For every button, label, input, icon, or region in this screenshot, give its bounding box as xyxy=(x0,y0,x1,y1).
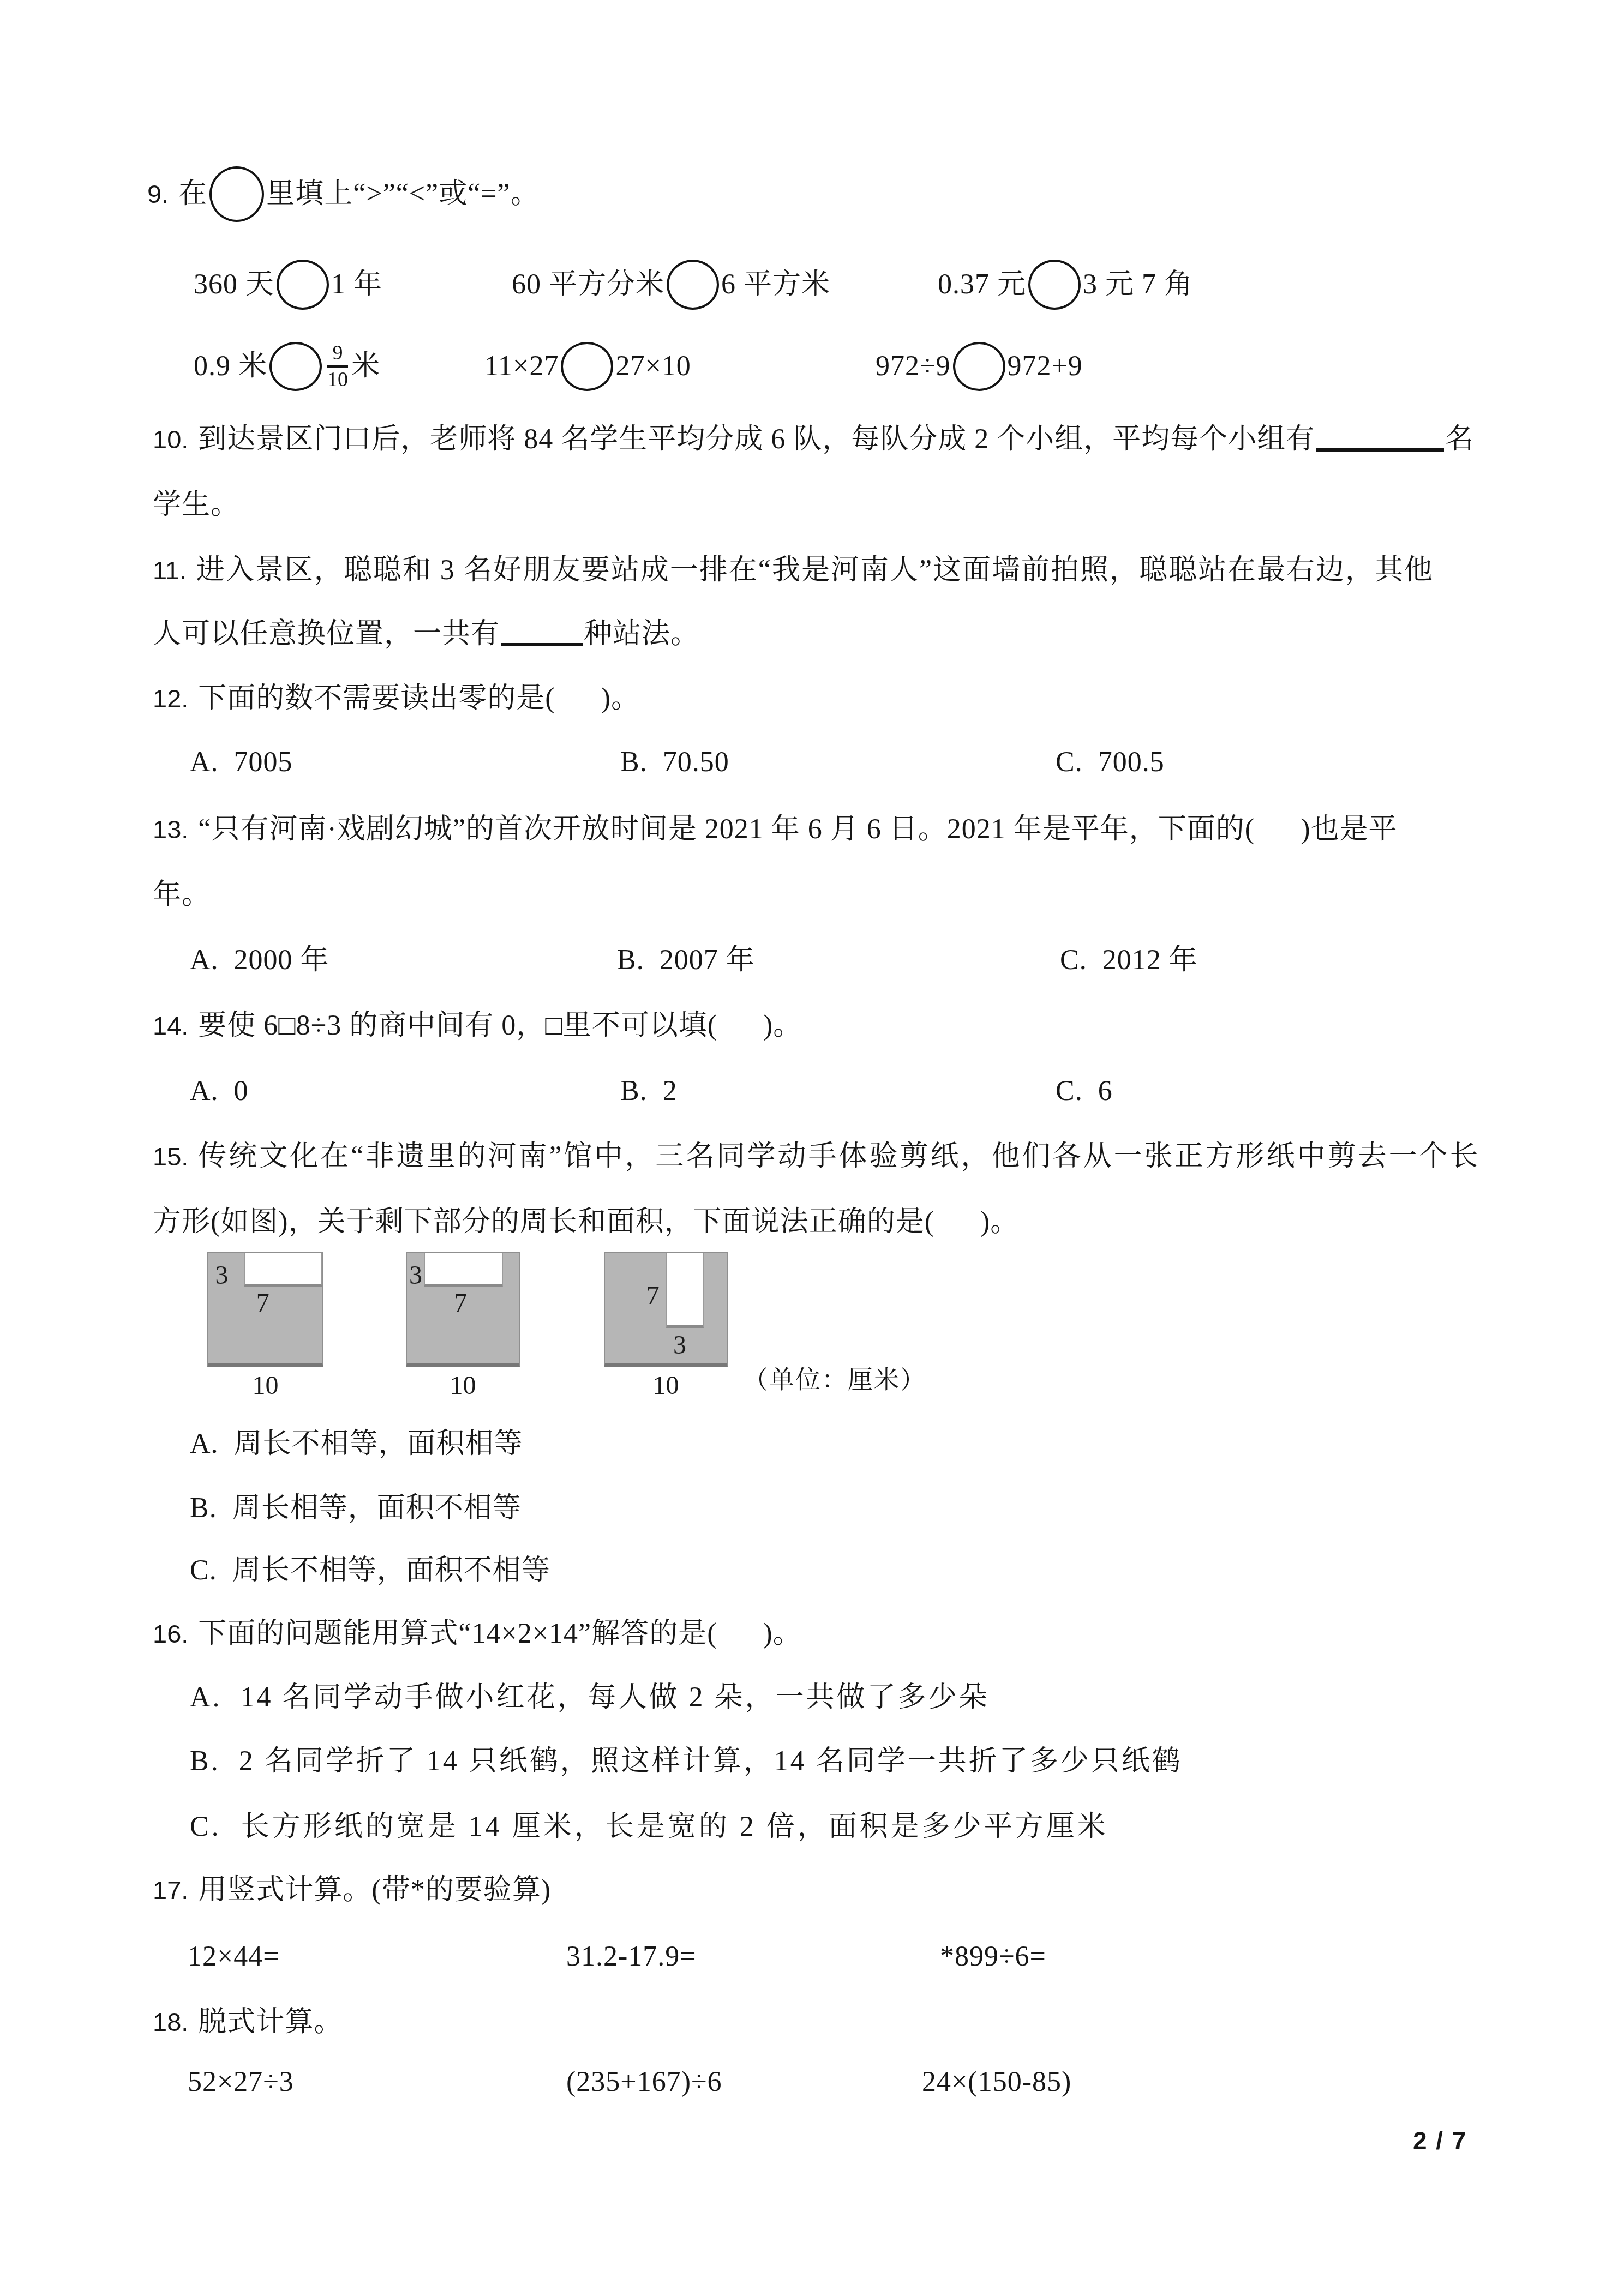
q15-option-c: C. 周长不相等，面积不相等 xyxy=(190,1555,550,1586)
answer-blank xyxy=(1316,442,1444,452)
comparison-circle xyxy=(269,342,322,391)
q12-option-a: A. 7005 xyxy=(190,747,293,778)
q9-item-area-text: 60 平方分米 xyxy=(512,269,664,300)
q9-item-days-year-text: 360 天 xyxy=(194,269,274,300)
q14-option-a: A. 0 xyxy=(190,1076,249,1107)
q18-expression-2: (235+167)÷6 xyxy=(566,2067,722,2097)
q9-item-divide-add: 972÷9972+9 xyxy=(876,342,1083,391)
q9-item-days-year-text: 1 年 xyxy=(331,269,382,300)
q12-stem: 12.下面的数不需要读出零的是( )。 xyxy=(153,683,640,714)
q18-expression-3-text: 24×(150-85) xyxy=(922,2067,1071,2097)
answer-blank xyxy=(501,636,583,646)
q18-expression-1: 52×27÷3 xyxy=(188,2067,294,2097)
q16-option-a-text: A. 14 名同学动手做小红花，每人做 2 朵，一共做了多少朵 xyxy=(190,1682,990,1713)
q12-option-a-text: A. 7005 xyxy=(190,747,293,778)
comparison-circle xyxy=(1028,260,1081,310)
q11-stem-line2-text: 种站法。 xyxy=(584,619,699,650)
q15-option-b-text: B. 周长相等，面积不相等 xyxy=(190,1493,522,1524)
q14-option-c-text: C. 6 xyxy=(1056,1076,1113,1107)
q15-figure-2-cutout xyxy=(424,1253,504,1287)
q12-stem-text: 下面的数不需要读出零的是( )。 xyxy=(198,683,640,714)
exam-document-page: （单位：厘米） 2 / 7 9.在里填上“>”“<”或“=”。360 天1 年6… xyxy=(0,0,1624,2296)
q15-stem-line1-number: 15. xyxy=(153,1143,188,1171)
q15-stem-line2-text: 方形(如图)，关于剩下部分的周长和面积，下面说法正确的是( )。 xyxy=(153,1207,1019,1237)
q18-expression-3: 24×(150-85) xyxy=(922,2067,1071,2097)
q13-stem-line1: 13.“只有河南·戏剧幻城”的首次开放时间是 2021 年 6 月 6 日。20… xyxy=(153,814,1397,845)
q15-option-a: A. 周长不相等，面积相等 xyxy=(190,1429,523,1459)
q9-item-money-text: 0.37 元 xyxy=(938,269,1026,300)
q17-stem-number: 17. xyxy=(153,1877,188,1904)
q16-option-b: B. 2 名同学折了 14 只纸鹤，照这样计算，14 名同学一共折了多少只纸鹤 xyxy=(190,1746,1183,1777)
q15-figure-1-side-length-label: 10 xyxy=(207,1373,323,1399)
q9-item-money-text: 3 元 7 角 xyxy=(1083,269,1193,300)
q15-figure-2-dimension-label: 3 xyxy=(409,1263,422,1289)
q15-figure-3-dimension-label: 3 xyxy=(673,1332,686,1359)
q9-item-money: 0.37 元3 元 7 角 xyxy=(938,260,1193,310)
q14-stem: 14.要使 6□8÷3 的商中间有 0，□里不可以填( )。 xyxy=(153,1011,802,1041)
q13-stem-line1-number: 13. xyxy=(153,816,188,844)
q11-stem-line1-text: 进入景区，聪聪和 3 名好朋友要站成一排在“我是河南人”这面墙前拍照，聪聪站在最… xyxy=(196,555,1434,586)
q9-item-divide-add-text: 972+9 xyxy=(1008,351,1083,382)
q14-option-a-text: A. 0 xyxy=(190,1076,249,1107)
page-number: 2 / 7 xyxy=(1413,2126,1467,2155)
q16-stem-text: 下面的问题能用算式“14×2×14”解答的是( )。 xyxy=(198,1619,801,1649)
q10-stem-line2: 学生。 xyxy=(153,490,239,520)
q15-option-c-text: C. 周长不相等，面积不相等 xyxy=(190,1555,550,1586)
q12-option-c: C. 700.5 xyxy=(1056,747,1165,778)
q15-figure-2-side-length-label: 10 xyxy=(406,1373,520,1399)
fraction-bar xyxy=(327,365,348,368)
q12-option-b-text: B. 70.50 xyxy=(620,747,729,778)
q16-option-c: C. 长方形纸的宽是 14 厘米，长是宽的 2 倍，面积是多少平方厘米 xyxy=(190,1812,1108,1842)
q9-item-days-year: 360 天1 年 xyxy=(194,260,382,310)
q13-option-a-text: A. 2000 年 xyxy=(190,945,329,976)
q15-figure-3-side-length-label: 10 xyxy=(604,1373,728,1399)
q17-expression-3: *899÷6= xyxy=(940,1942,1046,1972)
q9-stem: 9.在里填上“>”“<”或“=”。 xyxy=(147,166,540,222)
q15-stem-line2: 方形(如图)，关于剩下部分的周长和面积，下面说法正确的是( )。 xyxy=(153,1207,1019,1237)
q11-stem-line2-text: 人可以任意换位置，一共有 xyxy=(153,619,500,650)
q13-option-c-text: C. 2012 年 xyxy=(1060,945,1198,976)
q15-stem-line1-text: 传统文化在“非遗里的河南”馆中，三名同学动手体验剪纸，他们各从一张正方形纸中剪去… xyxy=(198,1141,1480,1172)
q13-option-b: B. 2007 年 xyxy=(617,945,755,976)
q14-stem-text: 要使 6□8÷3 的商中间有 0，□里不可以填( )。 xyxy=(198,1011,802,1041)
fraction: 910 xyxy=(327,342,348,390)
q15-figure-2-dimension-label: 7 xyxy=(454,1290,467,1317)
q9-item-meter-fraction-text: 米 xyxy=(351,351,380,382)
q15-figure-1-cutout xyxy=(244,1253,322,1287)
fraction-numerator: 9 xyxy=(333,342,343,364)
q14-stem-number: 14. xyxy=(153,1012,188,1040)
q11-stem-line2: 人可以任意换位置，一共有种站法。 xyxy=(153,619,699,650)
q18-expression-2-text: (235+167)÷6 xyxy=(566,2067,722,2097)
q18-stem: 18.脱式计算。 xyxy=(153,2007,343,2037)
q18-stem-text: 脱式计算。 xyxy=(198,2007,343,2037)
q15-figure-1-dimension-label: 7 xyxy=(256,1290,269,1317)
q10-stem-line1-number: 10. xyxy=(153,426,188,454)
q11-stem-line1-number: 11. xyxy=(153,557,187,585)
q9-item-area: 60 平方分米6 平方米 xyxy=(512,260,830,310)
q10-stem-line1-text: 到达景区门口后，老师将 84 名学生平均分成 6 队，每队分成 2 个小组，平均… xyxy=(198,424,1315,455)
q9-item-meter-fraction: 0.9 米910米 xyxy=(194,342,380,391)
fraction-denominator: 10 xyxy=(327,369,348,390)
q12-option-b: B. 70.50 xyxy=(620,747,729,778)
q13-stem-line1-text: “只有河南·戏剧幻城”的首次开放时间是 2021 年 6 月 6 日。2021 … xyxy=(198,814,1397,845)
q12-option-c-text: C. 700.5 xyxy=(1056,747,1165,778)
q15-figure-3-cutout xyxy=(666,1253,704,1328)
comparison-circle xyxy=(209,166,264,222)
q12-stem-number: 12. xyxy=(153,685,188,713)
q10-stem-line1-text: 名 xyxy=(1445,424,1474,455)
q9-item-area-text: 6 平方米 xyxy=(721,269,830,300)
q14-option-b: B. 2 xyxy=(620,1076,678,1107)
q9-item-divide-add-text: 972÷9 xyxy=(876,351,951,382)
q10-stem-line1: 10.到达景区门口后，老师将 84 名学生平均分成 6 队，每队分成 2 个小组… xyxy=(153,424,1474,455)
q15-figure-1-dimension-label: 3 xyxy=(215,1263,229,1289)
q17-expression-2: 31.2-17.9= xyxy=(566,1942,697,1972)
q17-expression-2-text: 31.2-17.9= xyxy=(566,1942,697,1972)
q16-stem: 16.下面的问题能用算式“14×2×14”解答的是( )。 xyxy=(153,1619,802,1649)
q17-stem: 17.用竖式计算。(带*的要验算) xyxy=(153,1875,551,1906)
q17-expression-3-text: *899÷6= xyxy=(940,1942,1046,1972)
q17-stem-text: 用竖式计算。(带*的要验算) xyxy=(198,1875,551,1906)
q9-item-multiply-text: 11×27 xyxy=(484,351,559,382)
q16-option-c-text: C. 长方形纸的宽是 14 厘米，长是宽的 2 倍，面积是多少平方厘米 xyxy=(190,1812,1108,1842)
q9-stem-text: 里填上“>”“<”或“=”。 xyxy=(266,179,539,209)
q9-item-meter-fraction-text: 0.9 米 xyxy=(194,351,267,382)
q16-stem-number: 16. xyxy=(153,1620,188,1648)
q15-figure-3: 73 xyxy=(604,1252,728,1367)
q16-option-b-text: B. 2 名同学折了 14 只纸鹤，照这样计算，14 名同学一共折了多少只纸鹤 xyxy=(190,1746,1183,1777)
q13-option-b-text: B. 2007 年 xyxy=(617,945,755,976)
q15-stem-line1: 15.传统文化在“非遗里的河南”馆中，三名同学动手体验剪纸，他们各从一张正方形纸… xyxy=(153,1141,1481,1172)
q15-figure-3-dimension-label: 7 xyxy=(646,1283,660,1309)
q9-item-multiply-text: 27×10 xyxy=(615,351,691,382)
q17-expression-1-text: 12×44= xyxy=(188,1942,280,1972)
q17-expression-1: 12×44= xyxy=(188,1942,280,1972)
q15-option-a-text: A. 周长不相等，面积相等 xyxy=(190,1429,523,1459)
q9-stem-number: 9. xyxy=(147,181,169,208)
comparison-circle xyxy=(667,260,719,310)
q13-stem-line2-text: 年。 xyxy=(153,880,211,910)
q18-stem-number: 18. xyxy=(153,2009,188,2036)
q15-figure-2: 37 xyxy=(406,1252,520,1367)
q10-stem-line2-text: 学生。 xyxy=(153,490,239,520)
comparison-circle xyxy=(953,342,1005,391)
q11-stem-line1: 11.进入景区，聪聪和 3 名好朋友要站成一排在“我是河南人”这面墙前拍照，聪聪… xyxy=(153,555,1434,586)
q15-option-b: B. 周长相等，面积不相等 xyxy=(190,1493,522,1524)
q14-option-b-text: B. 2 xyxy=(620,1076,678,1107)
q15-figure-1: 37 xyxy=(207,1252,323,1367)
comparison-circle xyxy=(561,342,613,391)
q14-option-c: C. 6 xyxy=(1056,1076,1113,1107)
q13-option-c: C. 2012 年 xyxy=(1060,945,1198,976)
q13-option-a: A. 2000 年 xyxy=(190,945,329,976)
q18-expression-1-text: 52×27÷3 xyxy=(188,2067,294,2097)
figure-unit-note: （单位：厘米） xyxy=(743,1366,926,1394)
q9-stem-text: 在 xyxy=(178,179,207,209)
q9-item-multiply: 11×2727×10 xyxy=(484,342,691,391)
q16-option-a: A. 14 名同学动手做小红花，每人做 2 朵，一共做了多少朵 xyxy=(190,1682,990,1713)
comparison-circle xyxy=(277,260,329,310)
q13-stem-line2: 年。 xyxy=(153,880,211,910)
